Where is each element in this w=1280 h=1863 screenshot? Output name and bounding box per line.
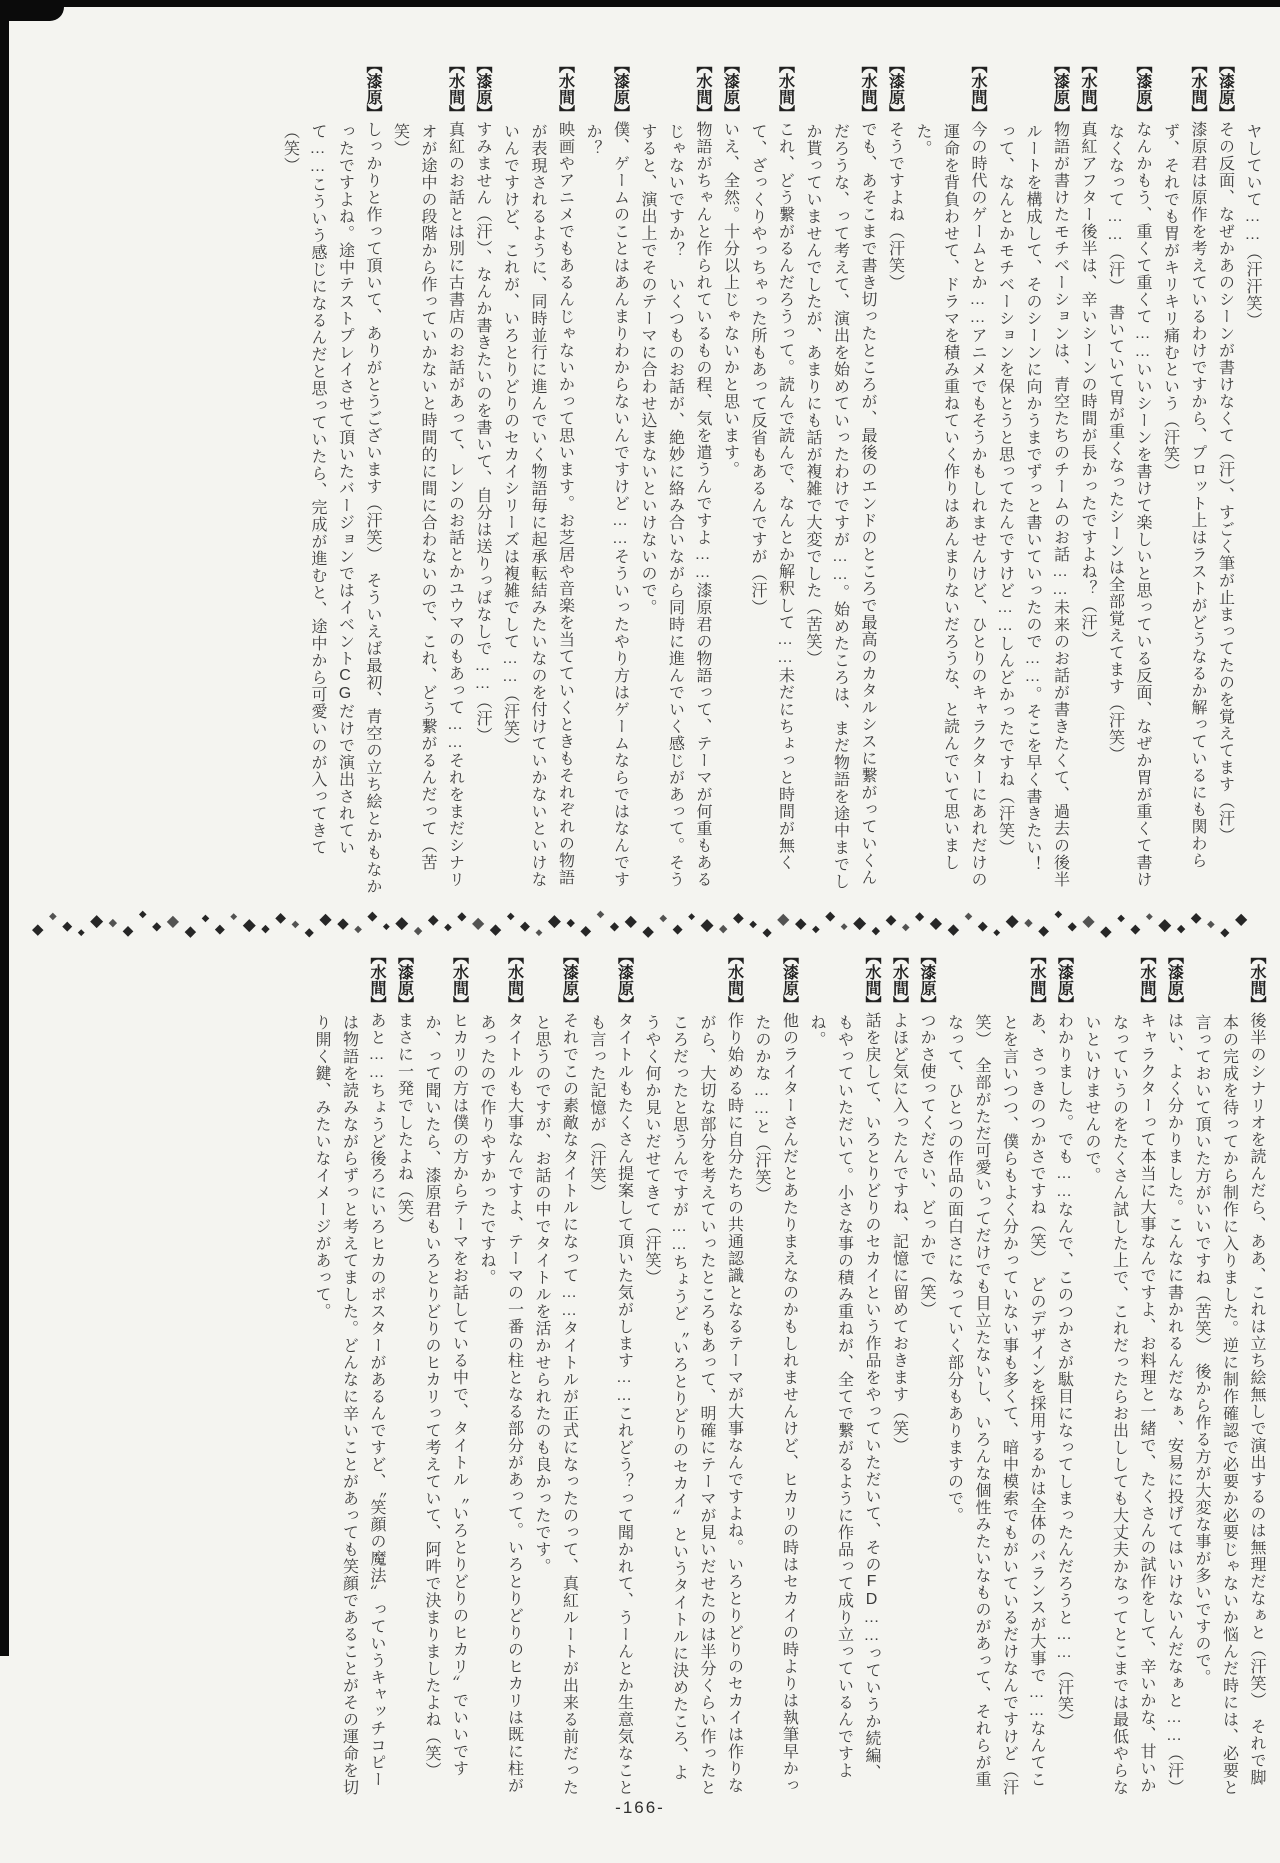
paragraph-text: ヤしていて……（汗汗笑） — [1244, 123, 1261, 329]
speaker-label: 【漆原】 — [1217, 57, 1234, 121]
interview-paragraph: 【漆原】そうですよね（汗笑） — [881, 57, 909, 895]
paragraph-text: その反面、なぜかあのシーンが書けなくて（汗）、すごく筆が止まってたのを覚えてます… — [1217, 121, 1234, 844]
divider-diamond-icon: ◆ — [275, 910, 286, 924]
divider-diamond-icon: ◆ — [490, 922, 502, 937]
paragraph-text: でも、あそこまで書き切ったところが、最後のエンドのところで最高のカタルシスに繋が… — [804, 121, 876, 890]
interview-paragraph: 【水間】後半のシナリオを読んだら、ああ、これは立ち絵無しで演出するのは無理だなぁ… — [1188, 948, 1271, 1796]
interview-paragraph: 【漆原】しっかりと作って頂いて、ありがとうございます（汗笑） そういえば最初、青… — [276, 57, 386, 895]
divider-diamond-icon: ◆ — [1207, 920, 1215, 930]
paragraph-text: 漆原君は原作を考えているわけですから、プロット上はラストがどうなるか解っているに… — [1162, 121, 1207, 869]
section-divider: ◆◆◆◆◆◆◆◆◆◆◆◆◆◆◆◆◆◆◆◆◆◆◆◆◆◆◆◆◆◆◆◆◆◆◆◆◆◆◆◆… — [32, 902, 1248, 944]
paragraph-text: 物語がちゃんと作られているもの程、気を遣うんですよ……漆原君の物語って、テーマが… — [639, 121, 711, 888]
interview-paragraph: 【水間】作り始める時に自分たちの共通認識となるテーマが大事なんですよね。いろとり… — [638, 948, 748, 1796]
paragraph-text: なんかもう、重くて重くて……いいシーンを書けて楽しいと思っている反面、なぜか胃が… — [1107, 121, 1152, 888]
speaker-label: 【水間】 — [777, 57, 794, 121]
paragraph-text: よほど気に入ったんですね、記憶に留めておきます（笑） — [891, 1012, 908, 1454]
divider-diamond-icon: ◆ — [1177, 924, 1185, 935]
paragraph-text: そうですよね（汗笑） — [887, 121, 904, 291]
paragraph-text: すみません（汗）、なんか書きたいのを書いて、自分は送りっぱなしで……（汗） — [474, 121, 491, 744]
divider-diamond-icon: ◆ — [762, 926, 771, 938]
divider-diamond-icon: ◆ — [1235, 912, 1247, 928]
paragraph-text: キャラクターって本当に大事なんですよ、お料理と一緒で、たくさんの試作をして、辛い… — [1083, 1012, 1155, 1796]
divider-diamond-icon: ◆ — [749, 920, 757, 930]
speaker-label: 【漆原】 — [612, 57, 629, 121]
divider-diamond-icon: ◆ — [841, 922, 848, 931]
divider-diamond-icon: ◆ — [872, 926, 880, 937]
divider-diamond-icon: ◆ — [777, 912, 789, 928]
divider-diamond-icon: ◆ — [1054, 910, 1062, 920]
speaker-label: 【水間】 — [368, 948, 385, 1012]
interview-paragraph: 【漆原】すみません（汗）、なんか書きたいのを書いて、自分は送りっぱなしで……（汗… — [469, 57, 497, 895]
divider-diamond-icon: ◆ — [457, 910, 466, 922]
divider-diamond-icon: ◆ — [795, 916, 807, 931]
speaker-label: 【漆原】 — [364, 57, 381, 121]
divider-diamond-icon: ◆ — [535, 928, 542, 937]
divider-diamond-icon: ◆ — [902, 923, 910, 933]
interview-paragraph: 【漆原】つかさ使ってください、どっかで（笑） — [913, 948, 941, 1796]
interview-paragraph: 【漆原】タイトルもたくさん提案して頂いた気がします……これどう？って聞かれて、う… — [583, 948, 638, 1796]
speaker-label: 【漆原】 — [1056, 948, 1073, 1012]
paragraph-text: タイトルも大事なんですよ、テーマの一番の柱となる部分があって。いろとりどりのヒカ… — [478, 1012, 523, 1794]
divider-diamond-icon: ◆ — [383, 922, 390, 931]
doujin-interview-page: ヤしていて……（汗汗笑）【漆原】その反面、なぜかあのシーンが書けなくて（汗）、す… — [0, 0, 1280, 1863]
divider-diamond-icon: ◆ — [1220, 926, 1229, 938]
scan-edge-left — [0, 0, 9, 1656]
divider-diamond-icon: ◆ — [1082, 914, 1094, 930]
divider-diamond-icon: ◆ — [520, 919, 530, 932]
interview-paragraph: 【水間】話を戻して、いろとりどりのセカイという作品をやっていただいて、そのFD…… — [803, 948, 886, 1796]
divider-diamond-icon: ◆ — [337, 916, 349, 931]
divider-diamond-icon: ◆ — [1038, 923, 1049, 937]
divider-diamond-icon: ◆ — [472, 916, 484, 932]
divider-diamond-icon: ◆ — [1024, 918, 1032, 929]
interview-paragraph: 【水間】真紅のお話とは別に古書店のお話があって、レンのお話とかユウマのもあって…… — [386, 57, 469, 895]
divider-diamond-icon: ◆ — [659, 914, 667, 924]
speaker-label: 【漆原】 — [396, 948, 413, 1012]
divider-diamond-icon: ◆ — [993, 928, 1000, 937]
speaker-label: 【水間】 — [891, 948, 908, 1012]
divider-diamond-icon: ◆ — [123, 923, 134, 937]
speaker-label: 【水間】 — [506, 948, 523, 1012]
interview-paragraph: 【水間】でも、あそこまで書き切ったところが、最後のエンドのところで最高のカタルシ… — [799, 57, 882, 895]
interview-paragraph: 【水間】これ、どう繋がるんだろうって。読んで読んで、なんとか解釈して……未だにち… — [744, 57, 799, 895]
paragraph-text: つかさ使ってください、どっかで（笑） — [918, 1012, 935, 1318]
speaker-label: 【漆原】 — [1166, 948, 1183, 1012]
divider-diamond-icon: ◆ — [90, 912, 103, 929]
paragraph-text: 物語が書けたモチベーションは、青空たちのチームのお話……未来のお話が書きたくて、… — [997, 121, 1069, 890]
paragraph-text: 話を戻して、いろとりどりのセカイという作品をやっていただいて、そのFD……ってい… — [808, 1012, 880, 1781]
speaker-label: 【水間】 — [863, 948, 880, 1012]
interview-paragraph: 【水間】よほど気に入ったんですね、記憶に留めておきます（笑） — [885, 948, 913, 1796]
divider-diamond-icon: ◆ — [1100, 924, 1112, 939]
speaker-label: 【水間】 — [451, 948, 468, 1012]
paragraph-text: いえ、全然。十分以上じゃないかと思います。 — [722, 121, 739, 478]
speaker-label: 【漆原】 — [474, 57, 491, 121]
paragraph-text: あと……ちょうど後ろにいろヒカのポスターがあるんですど、〝笑顔の魔法〟っていうキ… — [313, 1012, 385, 1796]
divider-diamond-icon: ◆ — [261, 924, 269, 935]
paragraph-text: 真紅のお話とは別に古書店のお話があって、レンのお話とかユウマのもあって……それを… — [392, 121, 464, 888]
paragraph-text: はい、よく分かりました。こんなに書かれるんだなぁ、安易に投げてはいけないんだなぁ… — [1166, 1012, 1183, 1796]
divider-diamond-icon: ◆ — [915, 910, 924, 922]
divider-diamond-icon: ◆ — [853, 914, 866, 931]
speaker-label: 【漆原】 — [918, 948, 935, 1012]
interview-bottom-section: 【水間】後半のシナリオを読んだら、ああ、これは立ち絵無しで演出するのは無理だなぁ… — [308, 948, 1271, 1796]
divider-diamond-icon: ◆ — [243, 916, 256, 933]
paragraph-text: しっかりと作って頂いて、ありがとうございます（汗笑） そういえば最初、青空の立ち… — [282, 121, 382, 895]
paragraph-text: 映画やアニメでもあるんじゃないかって思います。お芝居や音楽を当てていくときもそれ… — [502, 121, 574, 888]
divider-diamond-icon: ◆ — [548, 912, 561, 929]
divider-diamond-icon: ◆ — [230, 912, 237, 921]
speaker-label: 【水間】 — [1079, 57, 1096, 121]
divider-diamond-icon: ◆ — [367, 909, 377, 922]
divider-diamond-icon: ◆ — [62, 919, 72, 932]
divider-diamond-icon: ◆ — [139, 910, 147, 920]
divider-diamond-icon: ◆ — [167, 914, 179, 930]
divider-diamond-icon: ◆ — [291, 920, 299, 930]
interview-paragraph: 【漆原】わかりました。でも……なんで、このつかさが駄目になってしまったんだろうと… — [1050, 948, 1078, 1796]
scan-edge-top — [0, 0, 1280, 7]
paragraph-text: 後半のシナリオを読んだら、ああ、これは立ち絵無しで演出するのは無理だなぁと（汗笑… — [1193, 1012, 1265, 1796]
divider-diamond-icon: ◆ — [965, 912, 973, 922]
speaker-label: 【水間】 — [859, 57, 876, 121]
speaker-label: 【漆原】 — [616, 948, 633, 1012]
divider-diamond-icon: ◆ — [185, 924, 197, 939]
interview-paragraph: 【漆原】他のライターさんだとあたりまえなのかもしれませんけど、ヒカリの時はセカイ… — [748, 948, 803, 1796]
paragraph-text: あ、さっきのつかさですね（笑） どのデザインを採用するかは全体のバランスが大事で… — [946, 1012, 1046, 1796]
interview-paragraph: 【漆原】それでこの素敵なタイトルになって……タイトルが正式になったのって、真紅ル… — [528, 948, 583, 1796]
divider-diamond-icon: ◆ — [1146, 912, 1153, 921]
divider-diamond-icon: ◆ — [642, 924, 654, 939]
speaker-label: 【漆原】 — [781, 948, 798, 1012]
paragraph-text: わかりました。でも……なんで、このつかさが駄目になってしまったんだろうと……（汗… — [1056, 1012, 1073, 1730]
divider-diamond-icon: ◆ — [428, 912, 439, 926]
paragraph-text: 今の時代のゲームとか……アニメでもそうかもしれませんけど、ひとりのキャラクターに… — [914, 121, 986, 888]
speaker-label: 【水間】 — [1138, 948, 1155, 1012]
speaker-label: 【水間】 — [969, 57, 986, 121]
divider-diamond-icon: ◆ — [202, 914, 210, 924]
divider-diamond-icon: ◆ — [566, 918, 574, 929]
divider-diamond-icon: ◆ — [1191, 910, 1202, 924]
divider-diamond-icon: ◆ — [978, 919, 988, 932]
speaker-label: 【水間】 — [1248, 948, 1265, 1012]
divider-diamond-icon: ◆ — [49, 912, 57, 922]
divider-diamond-icon: ◆ — [688, 912, 695, 921]
interview-paragraph: 【漆原】まさに一発でしたよね（笑） — [390, 948, 418, 1796]
interview-top-section: ヤしていて……（汗汗笑）【漆原】その反面、なぜかあのシーンが書けなくて（汗）、す… — [276, 57, 1266, 895]
paragraph-text: それでこの素敵なタイトルになって……タイトルが正式になったのって、真紅ルートが出… — [533, 1012, 578, 1796]
interview-paragraph: 【水間】今の時代のゲームとか……アニメでもそうかもしれませんけど、ひとりのキャラ… — [909, 57, 992, 895]
interview-paragraph: 【水間】キャラクターって本当に大事なんですよ、お料理と一緒で、たくさんの試作をし… — [1078, 948, 1161, 1796]
interview-paragraph: 【水間】あ、さっきのつかさですね（笑） どのデザインを採用するかは全体のバランス… — [940, 948, 1050, 1796]
divider-diamond-icon: ◆ — [610, 920, 619, 932]
divider-diamond-icon: ◆ — [812, 925, 820, 935]
speaker-label: 【水間】 — [1189, 57, 1206, 121]
divider-diamond-icon: ◆ — [78, 928, 85, 937]
divider-diamond-icon: ◆ — [395, 914, 408, 931]
divider-diamond-icon: ◆ — [414, 926, 422, 937]
divider-diamond-icon: ◆ — [930, 916, 942, 932]
divider-diamond-icon: ◆ — [580, 923, 591, 937]
interview-paragraph: 【水間】タイトルも大事なんですよ、テーマの一番の柱となる部分があって。いろとりど… — [473, 948, 528, 1796]
divider-diamond-icon: ◆ — [948, 922, 960, 937]
interview-paragraph: 【水間】ヒカリの方は僕の方からテーマをお話している中で、タイトル〝いろとりどりの… — [418, 948, 473, 1796]
divider-diamond-icon: ◆ — [1130, 922, 1140, 935]
paragraph-text: 僕、ゲームのことはあんまりわからないんですけど……そういったやり方はゲームならで… — [584, 121, 629, 888]
divider-diamond-icon: ◆ — [1158, 916, 1171, 933]
interview-paragraph: 【水間】真紅アフター後半は、辛いシーンの時間が長かったですよね？（汗） — [1074, 57, 1102, 895]
divider-diamond-icon: ◆ — [1117, 914, 1125, 924]
speaker-label: 【漆原】 — [1052, 57, 1069, 121]
speaker-label: 【水間】 — [557, 57, 574, 121]
divider-diamond-icon: ◆ — [597, 910, 605, 920]
divider-diamond-icon: ◆ — [673, 922, 683, 935]
interview-paragraph: 【水間】あと……ちょうど後ろにいろヒカのポスターがあるんですど、〝笑顔の魔法〟っ… — [308, 948, 391, 1796]
divider-diamond-icon: ◆ — [215, 922, 225, 935]
speaker-label: 【漆原】 — [561, 948, 578, 1012]
divider-diamond-icon: ◆ — [109, 918, 117, 929]
speaker-label: 【漆原】 — [887, 57, 904, 121]
page-number: -166- — [0, 1798, 1280, 1818]
paragraph-text: 真紅アフター後半は、辛いシーンの時間が長かったですよね？（汗） — [1079, 121, 1096, 648]
speaker-label: 【漆原】 — [722, 57, 739, 121]
speaker-label: 【水間】 — [1028, 948, 1045, 1012]
interview-paragraph: 【漆原】いえ、全然。十分以上じゃないかと思います。 — [716, 57, 744, 895]
interview-paragraph: 【水間】物語がちゃんと作られているもの程、気を遣うんですよ……漆原君の物語って、… — [634, 57, 717, 895]
divider-diamond-icon: ◆ — [886, 912, 897, 926]
divider-diamond-icon: ◆ — [507, 912, 515, 922]
divider-diamond-icon: ◆ — [152, 920, 161, 932]
divider-diamond-icon: ◆ — [305, 926, 314, 938]
divider-diamond-icon: ◆ — [1068, 920, 1077, 932]
paragraph-text: 他のライターさんだとあたりまえなのかもしれませんけど、ヒカリの時はセカイの時より… — [753, 1012, 798, 1794]
interview-paragraph: 【漆原】物語が書けたモチベーションは、青空たちのチームのお話……未来のお話が書き… — [991, 57, 1074, 895]
divider-diamond-icon: ◆ — [1006, 912, 1019, 929]
interview-paragraph: 【漆原】その反面、なぜかあのシーンが書けなくて（汗）、すごく筆が止まってたのを覚… — [1211, 57, 1239, 895]
divider-diamond-icon: ◆ — [700, 916, 713, 933]
divider-diamond-icon: ◆ — [32, 922, 44, 937]
speaker-label: 【水間】 — [726, 948, 743, 1012]
divider-diamond-icon: ◆ — [319, 912, 331, 928]
interview-paragraph: 【漆原】なんかもう、重くて重くて……いいシーンを書けて楽しいと思っている反面、な… — [1101, 57, 1156, 895]
interview-paragraph: ヤしていて……（汗汗笑） — [1239, 57, 1267, 895]
interview-paragraph: 【水間】映画やアニメでもあるんじゃないかって思います。お芝居や音楽を当てていくと… — [496, 57, 579, 895]
paragraph-text: まさに一発でしたよね（笑） — [396, 1012, 413, 1233]
divider-diamond-icon: ◆ — [733, 910, 744, 924]
interview-paragraph: 【漆原】僕、ゲームのことはあんまりわからないんですけど……そういったやり方はゲー… — [579, 57, 634, 895]
paragraph-text: ヒカリの方は僕の方からテーマをお話している中で、タイトル〝いろとりどりのヒカリ〟… — [423, 1012, 468, 1779]
speaker-label: 【水間】 — [447, 57, 464, 121]
divider-diamond-icon: ◆ — [719, 924, 727, 935]
paragraph-text: これ、どう繋がるんだろうって。読んで読んで、なんとか解釈して……未だにちょっと時… — [749, 121, 794, 871]
interview-paragraph: 【水間】漆原君は原作を考えているわけですから、プロット上はラストがどうなるか解っ… — [1156, 57, 1211, 895]
divider-diamond-icon: ◆ — [444, 923, 452, 933]
paragraph-text: タイトルもたくさん提案して頂いた気がします……これどう？って聞かれて、うーんとか… — [588, 1012, 633, 1796]
divider-diamond-icon: ◆ — [354, 925, 362, 935]
divider-diamond-icon: ◆ — [825, 909, 835, 922]
divider-diamond-icon: ◆ — [625, 914, 637, 930]
paragraph-text: 作り始める時に自分たちの共通認識となるテーマが大事なんですよね。いろとりどりのセ… — [643, 1012, 743, 1796]
interview-paragraph: 【漆原】はい、よく分かりました。こんなに書かれるんだなぁ、安易に投げてはいけない… — [1160, 948, 1188, 1796]
speaker-label: 【漆原】 — [1134, 57, 1151, 121]
scan-edge-corner — [0, 0, 64, 21]
speaker-label: 【水間】 — [694, 57, 711, 121]
